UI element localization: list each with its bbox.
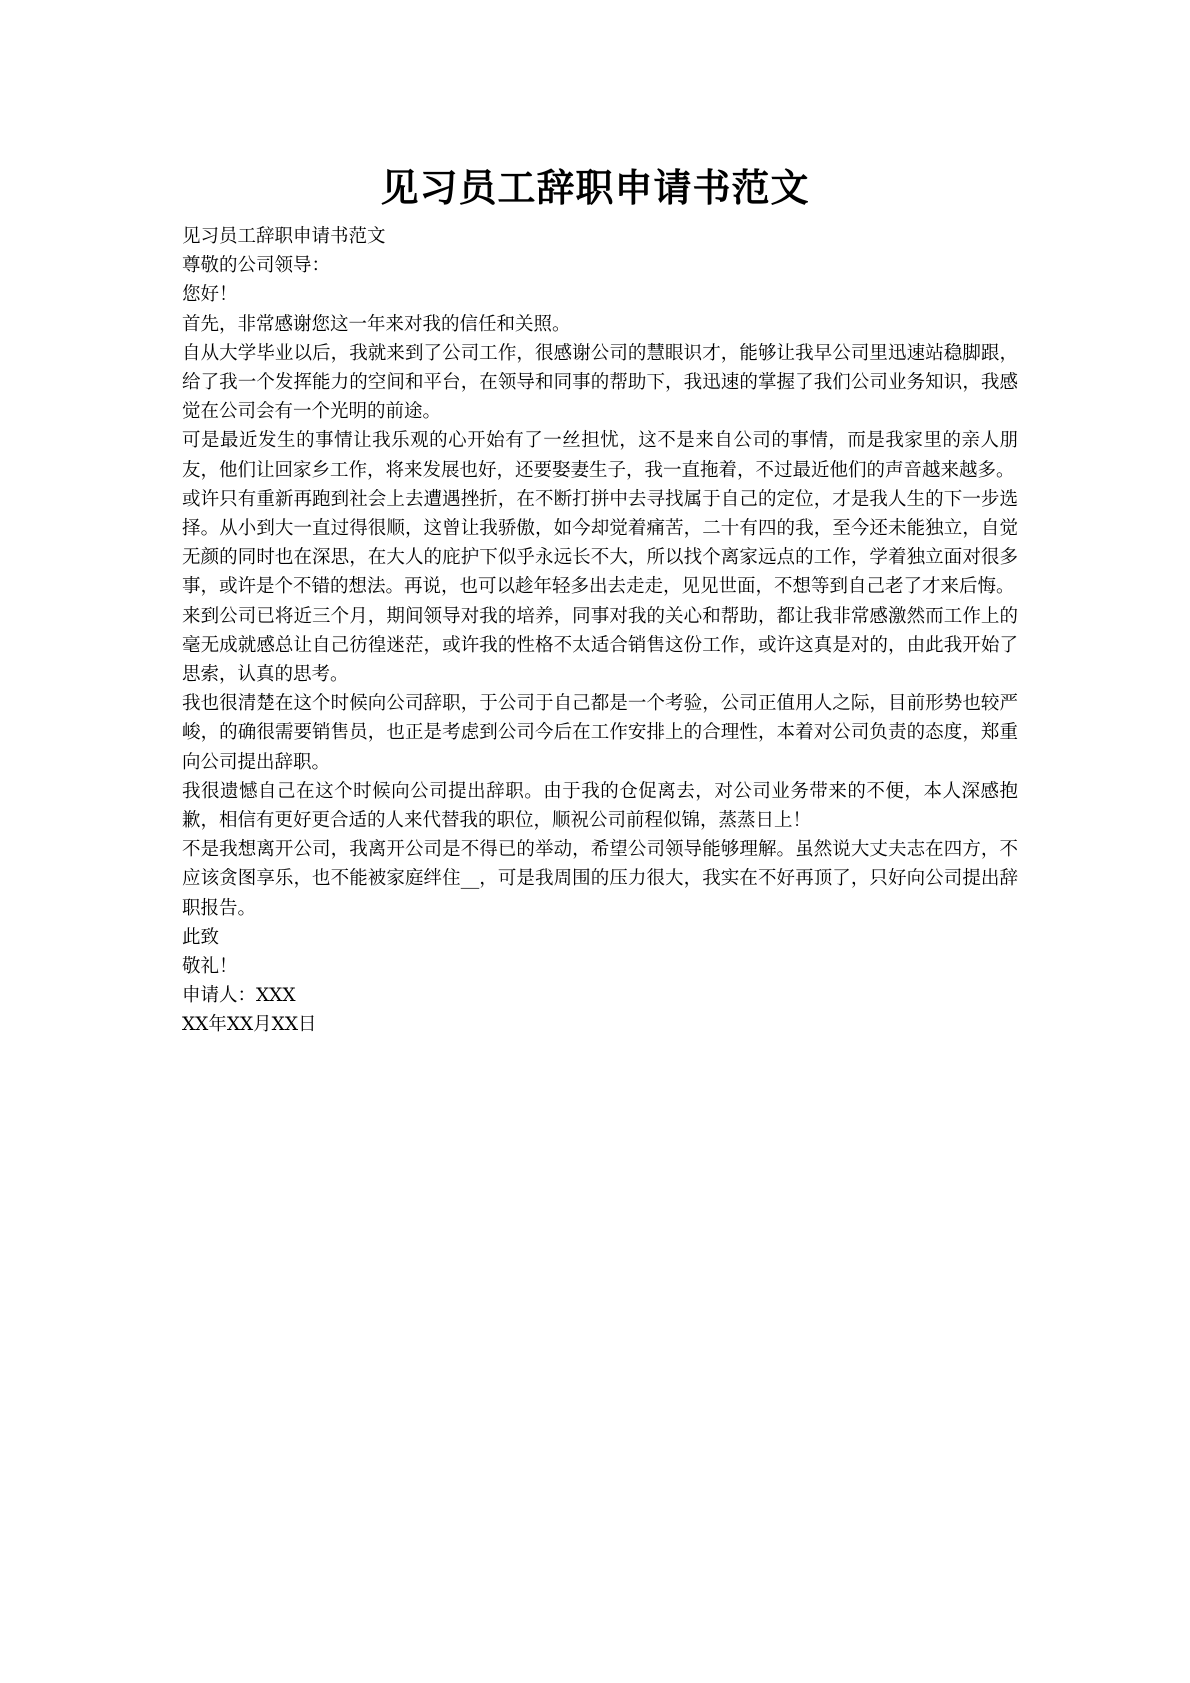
- paragraph-thanks: 首先，非常感谢您这一年来对我的信任和关照。: [182, 310, 1018, 339]
- paragraph-reflection: 或许只有重新再跑到社会上去遭遇挫折，在不断打拼中去寻找属于自己的定位，才是我人生…: [182, 485, 1018, 602]
- greeting: 您好！: [182, 280, 1018, 309]
- closing-1: 此致: [182, 923, 1018, 952]
- document-title: 见习员工辞职申请书范文: [0, 163, 1190, 213]
- paragraph-experience: 来到公司已将近三个月，期间领导对我的培养，同事对我的关心和帮助，都让我非常感激然…: [182, 602, 1018, 690]
- date-line: XX年XX月XX日: [182, 1010, 1018, 1039]
- document-page: 见习员工辞职申请书范文 见习员工辞职申请书范文 尊敬的公司领导： 您好！ 首先，…: [0, 0, 1190, 1683]
- closing-2: 敬礼！: [182, 952, 1018, 981]
- paragraph-family: 可是最近发生的事情让我乐观的心开始有了一丝担忧，这不是来自公司的事情，而是我家里…: [182, 426, 1018, 484]
- paragraph-resignation: 我也很清楚在这个时候向公司辞职，于公司于自己都是一个考验，公司正值用人之际，目前…: [182, 689, 1018, 777]
- paragraph-reason: 不是我想离开公司，我离开公司是不得已的举动，希望公司领导能够理解。虽然说大丈夫志…: [182, 835, 1018, 923]
- document-body: 见习员工辞职申请书范文 尊敬的公司领导： 您好！ 首先，非常感谢您这一年来对我的…: [182, 222, 1018, 1040]
- subtitle-line: 见习员工辞职申请书范文: [182, 222, 1018, 251]
- paragraph-apology: 我很遗憾自己在这个时候向公司提出辞职。由于我的仓促离去，对公司业务带来的不便，本…: [182, 777, 1018, 835]
- signature: 申请人：XXX: [182, 981, 1018, 1010]
- salutation: 尊敬的公司领导：: [182, 251, 1018, 280]
- paragraph-background: 自从大学毕业以后，我就来到了公司工作，很感谢公司的慧眼识才，能够让我早公司里迅速…: [182, 339, 1018, 427]
